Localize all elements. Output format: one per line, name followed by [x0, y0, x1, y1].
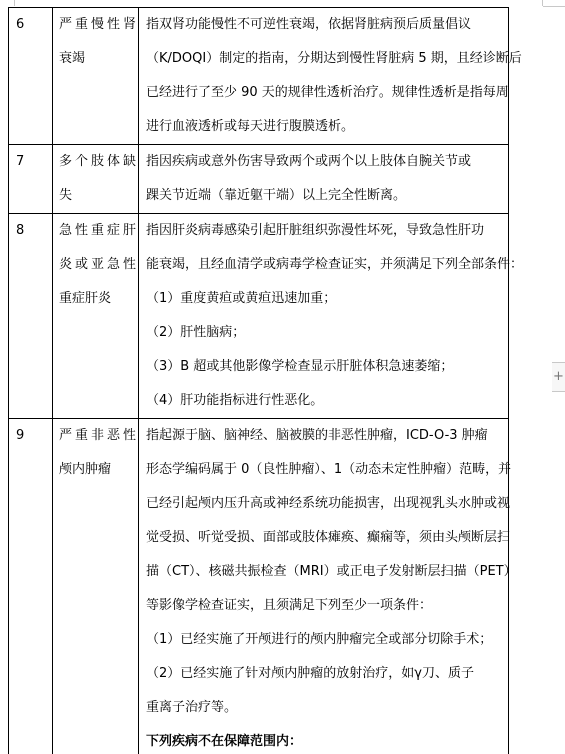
disease-name-line: 颅内肿瘤: [59, 453, 138, 487]
definition-line: （1）已经实施了开颅进行的颅内肿瘤完全或部分切除手术；: [146, 623, 508, 657]
row-number-cell: 7: [9, 145, 53, 214]
definition-line: 重离子治疗等。: [146, 691, 508, 725]
definition-cell: 指起源于脑、脑神经、脑被膜的非恶性肿瘤，ICD-O-3 肿瘤 形态学编码属于 0…: [139, 419, 509, 754]
definition-line: （4）肝功能指标进行性恶化。: [146, 384, 508, 418]
definition-line: 已经进行了至少 90 天的规律性透析治疗。规律性透析是指每周: [146, 76, 508, 110]
row-number: 6: [16, 8, 52, 42]
disease-name-line: 严重非恶性: [59, 419, 138, 453]
definition-line: 进行血液透析或每天进行腹膜透析。: [146, 110, 508, 144]
definition-line: （K/DOQI）制定的指南，分期达到慢性肾脏病 5 期，且经诊断后: [146, 42, 508, 76]
definition-line: 指因肝炎病毒感染引起肝脏组织弥漫性坏死，导致急性肝功: [146, 214, 508, 248]
table-row: 6 严重慢性肾 衰竭 指双肾功能慢性不可逆性衰竭，依据肾脏病预后质量倡议 （K/…: [9, 8, 509, 145]
definition-line: （1）重度黄疸或黄疸迅速加重；: [146, 282, 508, 316]
disease-name-line: 多个肢体缺: [59, 145, 138, 179]
disease-name-line: 炎或亚急性: [59, 248, 138, 282]
row-number: 8: [16, 214, 52, 248]
definition-line: 踝关节近端（靠近躯干端）以上完全性断离。: [146, 179, 508, 213]
definition-line: 指起源于脑、脑神经、脑被膜的非恶性肿瘤，ICD-O-3 肿瘤: [146, 419, 508, 453]
table-row: 7 多个肢体缺 失 指因疾病或意外伤害导致两个或两个以上肢体自腕关节或 踝关节近…: [9, 145, 509, 214]
definition-line: 指因疾病或意外伤害导致两个或两个以上肢体自腕关节或: [146, 145, 508, 179]
disease-name-line: 急性重症肝: [59, 214, 138, 248]
definition-line: （2）肝性脑病；: [146, 316, 508, 350]
row-number-cell: 6: [9, 8, 53, 145]
disease-name-line: 重症肝炎: [59, 282, 138, 316]
plus-icon: +: [553, 369, 564, 384]
row-number-cell: 8: [9, 214, 53, 419]
disease-name-cell: 多个肢体缺 失: [53, 145, 139, 214]
definition-line: （2）已经实施了针对颅内肿瘤的放射治疗，如γ刀、质子: [146, 657, 508, 691]
row-number-cell: 9: [9, 419, 53, 754]
table-row: 8 急性重症肝 炎或亚急性 重症肝炎 指因肝炎病毒感染引起肝脏组织弥漫性坏死，导…: [9, 214, 509, 419]
row-number: 9: [16, 419, 52, 453]
disease-name-line: 衰竭: [59, 42, 138, 76]
disease-name-cell: 严重非恶性 颅内肿瘤: [53, 419, 139, 754]
definition-line: （3）B 超或其他影像学检查显示肝脏体积急速萎缩；: [146, 350, 508, 384]
definition-line: 形态学编码属于 0（良性肿瘤）、1（动态未定性肿瘤）范畴，并: [146, 453, 508, 487]
page-corner-mark-left-vertical: [14, 0, 15, 6]
disease-name-line: 严重慢性肾: [59, 8, 138, 42]
disease-name-cell: 严重慢性肾 衰竭: [53, 8, 139, 145]
definition-cell: 指双肾功能慢性不可逆性衰竭，依据肾脏病预后质量倡议 （K/DOQI）制定的指南，…: [139, 8, 509, 145]
definition-line: 指双肾功能慢性不可逆性衰竭，依据肾脏病预后质量倡议: [146, 8, 508, 42]
add-row-button[interactable]: +: [552, 362, 565, 392]
definition-line: 描（CT）、核磁共振检查（MRI）或正电子发射断层扫描（PET）: [146, 555, 508, 589]
definition-line: 能衰竭，且经血清学或病毒学检查证实，并须满足下列全部条件：: [146, 248, 508, 282]
definition-cell: 指因肝炎病毒感染引起肝脏组织弥漫性坏死，导致急性肝功 能衰竭，且经血清学或病毒学…: [139, 214, 509, 419]
table-row: 9 严重非恶性 颅内肿瘤 指起源于脑、脑神经、脑被膜的非恶性肿瘤，ICD-O-3…: [9, 419, 509, 754]
definition-line: 等影像学检查证实，且须满足下列至少一项条件：: [146, 589, 508, 623]
disease-name-line: 失: [59, 179, 138, 213]
row-number: 7: [16, 145, 52, 179]
disease-name-cell: 急性重症肝 炎或亚急性 重症肝炎: [53, 214, 139, 419]
page-corner-mark-right-horizontal: [543, 6, 565, 7]
definition-line: 已经引起颅内压升高或神经系统功能损害，出现视乳头水肿或视: [146, 487, 508, 521]
definition-cell: 指因疾病或意外伤害导致两个或两个以上肢体自腕关节或 踝关节近端（靠近躯干端）以上…: [139, 145, 509, 214]
disease-table: 6 严重慢性肾 衰竭 指双肾功能慢性不可逆性衰竭，依据肾脏病预后质量倡议 （K/…: [8, 7, 509, 754]
exclusion-heading: 下列疾病不在保障范围内：: [146, 725, 508, 754]
definition-line: 觉受损、听觉受损、面部或肢体瘫痪、癫痫等，须由头颅断层扫: [146, 521, 508, 555]
